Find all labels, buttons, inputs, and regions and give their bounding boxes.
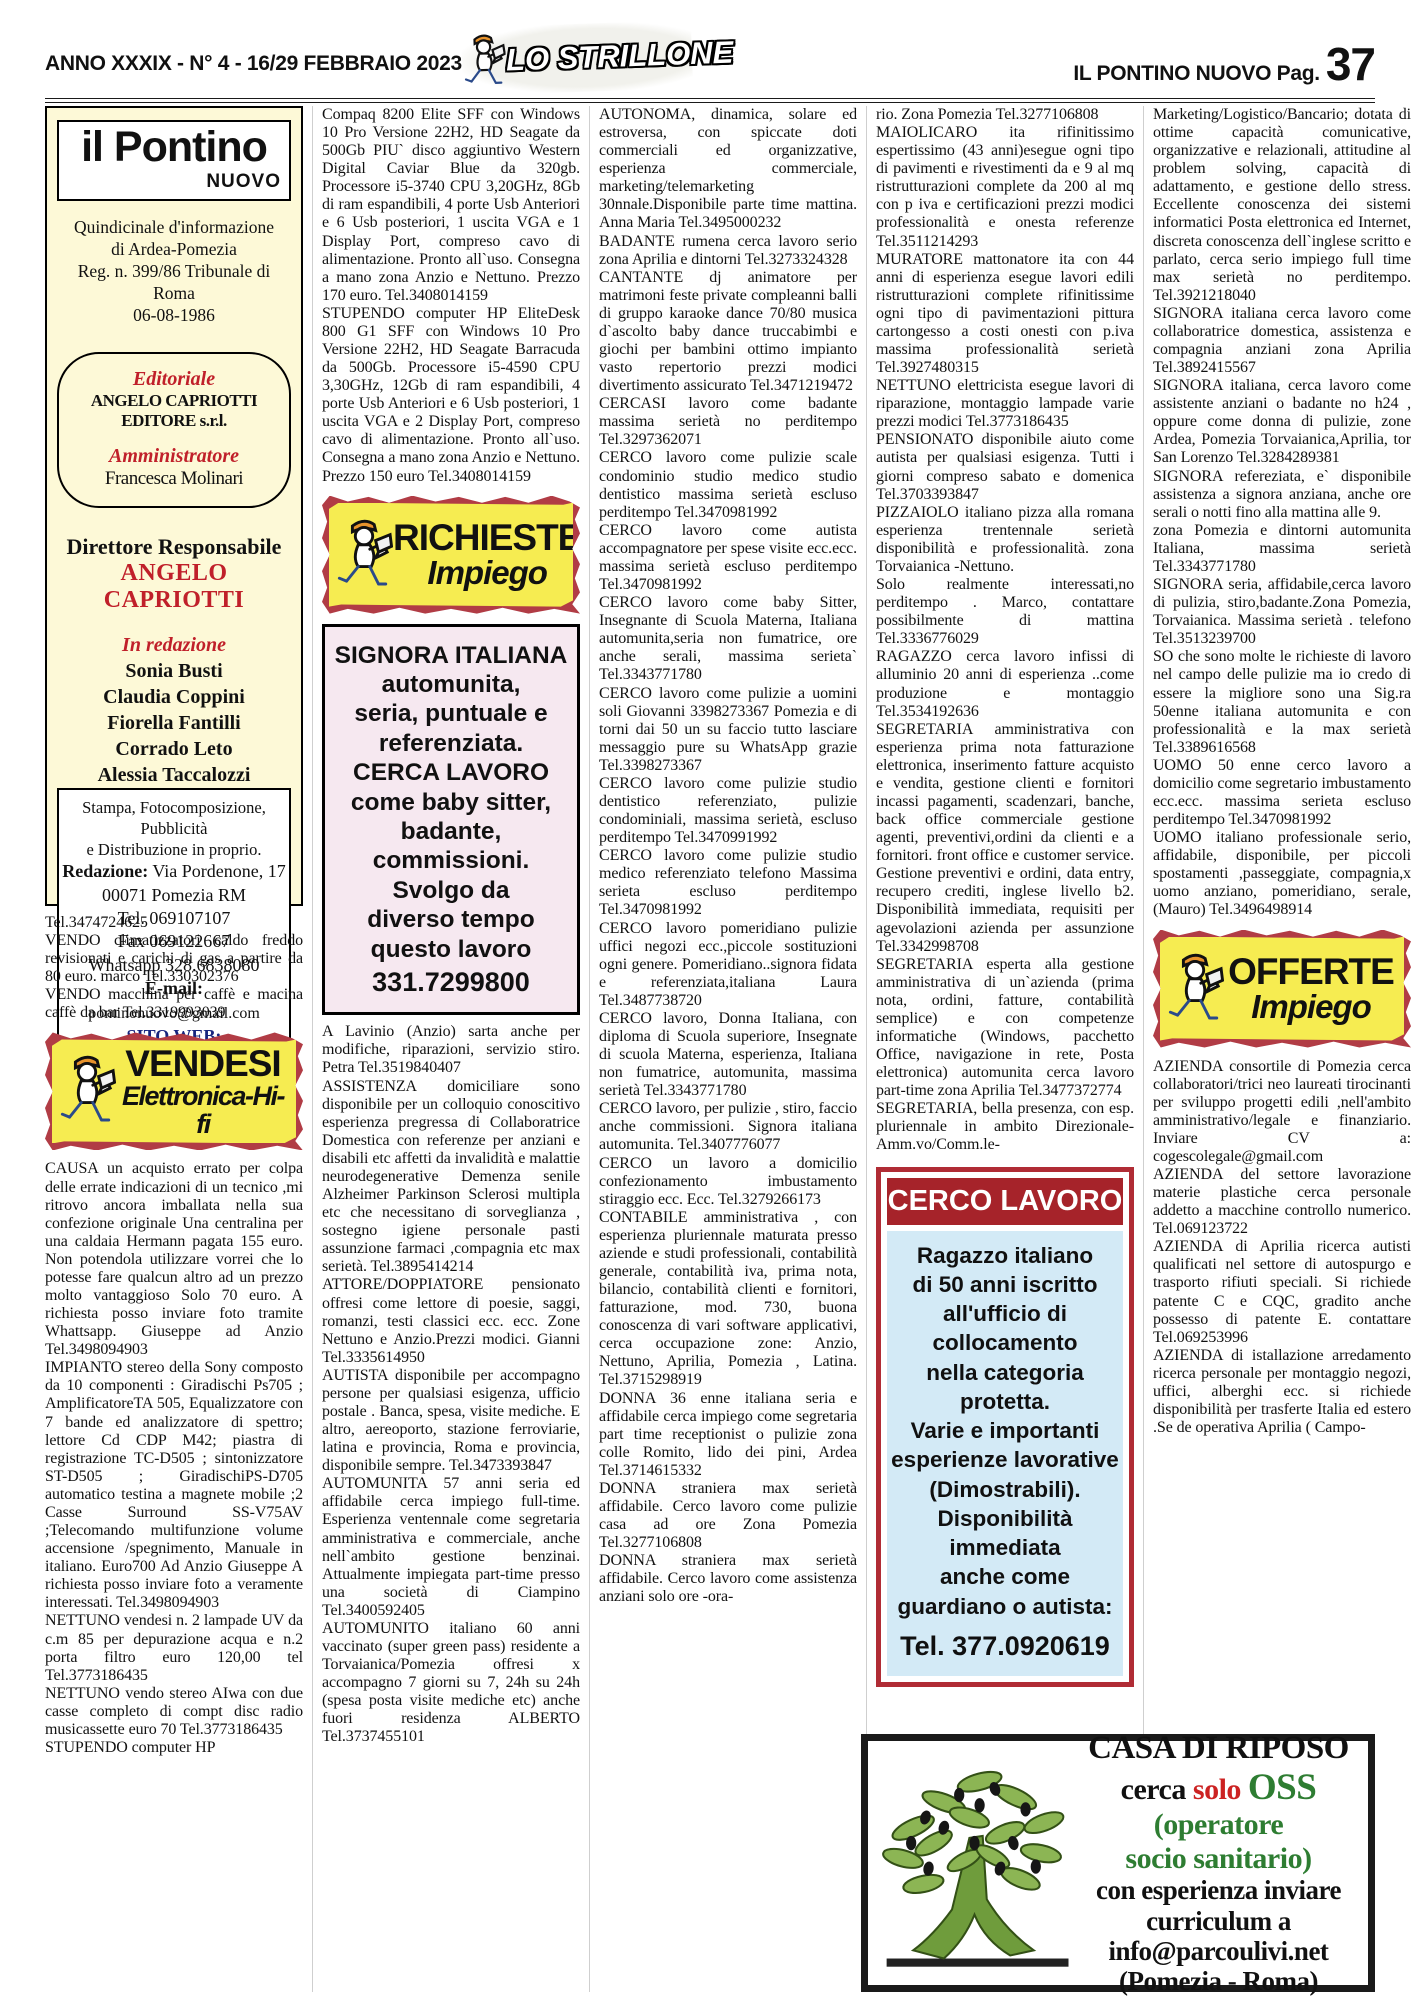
richieste-subtitle: Impiego (393, 556, 580, 591)
classified-ad: SEGRETARIA esperta alla gestione amminis… (876, 956, 1134, 1101)
newspaper-page: ANNO XXXIX - N° 4 - 16/29 FEBBRAIO 2023 … (0, 0, 1420, 2000)
col4-ads: rio. Zona Pomezia Tel.3277106808MAIOLICA… (876, 106, 1134, 1155)
classified-ad: NETTUNO vendesi n. 2 lampade UV da c.m 8… (45, 1612, 303, 1684)
classified-ad: CANTANTE dj animatore per matrimoni fest… (599, 269, 857, 396)
redazione-label: Redazione: (62, 861, 148, 881)
cerco-lavoro-line: esperienze lavorative (889, 1445, 1121, 1474)
redazione-line: Redazione: Via Pordenone, 17 (61, 860, 287, 883)
classified-ad: SIGNORA seria, affidabile,cerca lavoro d… (1153, 576, 1411, 648)
cerco-lavoro-line: anche come (889, 1562, 1121, 1591)
cerco-lavoro-title: CERCO LAVORO (887, 1178, 1123, 1225)
casa-seeking-line: cerca solo OSS (1077, 1767, 1360, 1808)
masthead-info-line: Quindicinale d'informazione (57, 217, 291, 239)
offerte-banner-inner: OFFERTE Impiego (1160, 937, 1404, 1041)
classified-ad: CERCASI lavoro come badante massima seri… (599, 395, 857, 449)
admin-label: Amministratore (63, 445, 285, 468)
classified-ad: UOMO italiano professionale serio, affid… (1153, 829, 1411, 919)
cerco-lavoro-line: di 50 anni iscritto (889, 1270, 1121, 1299)
editorial-label: Editoriale (63, 368, 285, 391)
classified-ad: STUPENDO computer HP EliteDesk 800 G1 SF… (322, 305, 580, 486)
signora-ad-line: diverso tempo (327, 905, 575, 934)
casa-green-line: socio sanitario) (1077, 1842, 1360, 1876)
print-line: Stampa, Fotocomposizione, Pubblicità (61, 798, 287, 839)
offerte-banner-text: OFFERTE Impiego (1224, 953, 1398, 1025)
page-content: il Pontino NUOVO Quindicinale d'informaz… (45, 106, 1375, 1992)
vendesi-banner-inner: VENDESI Elettronica-Hi-fi (52, 1039, 296, 1143)
director-block: Direttore Responsabile ANGELO CAPRIOTTI (57, 534, 291, 614)
cerco-lavoro-body: Ragazzo italianodi 50 anni iscrittoall'u… (887, 1231, 1123, 1676)
classified-ad: AUTISTA disponibile per accompagno perso… (322, 1367, 580, 1475)
masthead-info: Quindicinale d'informazionedi Ardea-Pome… (57, 217, 291, 326)
classified-ad: CERCO lavoro, per pulizie , stiro, facci… (599, 1100, 857, 1154)
classified-ad: A Lavinio (Anzio) sarta anche per modifi… (322, 1023, 580, 1077)
classified-ad: RAGAZZO cerca lavoro infissi di allumini… (876, 648, 1134, 720)
cerco-lavoro-line: Disponibilità immediata (889, 1504, 1121, 1563)
classified-ad: AZIENDA di istallazione arredamento rice… (1153, 1347, 1411, 1437)
classified-ad: CERCO lavoro come baby Sitter, Insegnant… (599, 594, 857, 684)
column-2: Compaq 8200 Elite SFF con Windows 10 Pro… (312, 106, 580, 1992)
classified-ad: SIGNORA italiana cerca lavoro come colla… (1153, 305, 1411, 377)
classified-ad: Solo realmente interessati,no perditempo… (876, 576, 1134, 648)
classified-ad: MAIOLICARO ita rifinitissimo espertissim… (876, 124, 1134, 251)
signora-ad-line: automunita, (327, 670, 575, 699)
signora-italiana-ad-box: SIGNORA ITALIANAautomunita,seria, puntua… (322, 624, 580, 1016)
casa-black-lines: con esperienza inviarecurriculum ainfo@p… (1077, 1875, 1360, 1996)
signora-ad-line: CERCA LAVORO (327, 758, 575, 787)
newsboy-icon (335, 513, 393, 597)
casa-di-riposo-text: CASA DI RIPOSO cerca solo OSS (operatore… (1077, 1730, 1360, 1997)
casa-info-line: info@parcoulivi.net (1077, 1936, 1360, 1966)
casa-title: CASA DI RIPOSO (1077, 1730, 1360, 1767)
signora-ad-lines: SIGNORA ITALIANAautomunita,seria, puntua… (327, 641, 575, 964)
classified-ad: AZIENDA consortile di Pomezia cerca coll… (1153, 1058, 1411, 1166)
classified-ad: CERCO lavoro pomeridiano pulizie uffici … (599, 920, 857, 1010)
cerco-lavoro-phone[interactable]: Tel. 377.0920619 (889, 1629, 1121, 1664)
signora-ad-line: Svolgo da (327, 876, 575, 905)
col2-ads-top: Compaq 8200 Elite SFF con Windows 10 Pro… (322, 106, 580, 486)
column-4: rio. Zona Pomezia Tel.3277106808MAIOLICA… (866, 106, 1134, 1992)
classified-ad: AZIENDA del settore lavorazione materie … (1153, 1166, 1411, 1238)
casa-info-line: (Pomezia - Roma) (1077, 1966, 1360, 1996)
newsboy-icon (58, 1049, 116, 1133)
signora-ad-line: SIGNORA ITALIANA (327, 641, 575, 670)
signora-ad-line: referenziata. (327, 729, 575, 758)
classified-ad: CERCO un lavoro a domicilio confezioname… (599, 1155, 857, 1209)
casa-oss: OSS (1248, 1767, 1316, 1808)
classified-ad: SIGNORA refereziata, e` disponibile assi… (1153, 468, 1411, 522)
classified-ad: BADANTE rumena cerca lavoro serio zona A… (599, 233, 857, 269)
print-lines: Stampa, Fotocomposizione, Pubblicitàe Di… (61, 798, 287, 860)
col1-ads-bottom: CAUSA un acquisto errato per colpa delle… (45, 1160, 303, 1757)
classified-ad: ASSISTENZA domiciliare sono disponibile … (322, 1078, 580, 1277)
column-1: il Pontino NUOVO Quindicinale d'informaz… (45, 106, 303, 1992)
classified-ad: Compaq 8200 Elite SFF con Windows 10 Pro… (322, 106, 580, 305)
richieste-title: RICHIESTE (393, 519, 580, 556)
editorial-name: ANGELO CAPRIOTTI EDITORE s.r.l. (63, 391, 285, 431)
column-5: Marketing/Logistico/Bancario; dotata di … (1143, 106, 1411, 1992)
redaction-block: In redazione Sonia BustiClaudia CoppiniF… (57, 632, 291, 788)
classified-ad: Marketing/Logistico/Bancario; dotata di … (1153, 106, 1411, 305)
newsboy-icon (1166, 947, 1224, 1031)
offerte-title: OFFERTE (1224, 953, 1398, 990)
admin-name: Francesca Molinari (63, 468, 285, 490)
classified-ad: CERCO lavoro come pulizie studio medico … (599, 847, 857, 919)
classified-ad: CERCO lavoro come autista accompagnatore… (599, 522, 857, 594)
classified-ad: SEGRETARIA, bella presenza, con esp. plu… (876, 1100, 1134, 1154)
classified-ad: ATTORE/DOPPIATORE pensionato offresi com… (322, 1276, 580, 1366)
classified-ad: zona Pomezia e dintorni automunita Itali… (1153, 522, 1411, 576)
vendesi-title: VENDESI (116, 1045, 290, 1082)
casa-solo: solo (1193, 1773, 1248, 1806)
signora-ad-line: come baby sitter, (327, 788, 575, 817)
classified-ad: PENSIONATO disponibile aiuto come autist… (876, 431, 1134, 503)
redaction-name: Sonia Busti (57, 658, 291, 684)
cerco-lavoro-line: all'ufficio di collocamento (889, 1299, 1121, 1358)
masthead-logo-box: il Pontino NUOVO (57, 120, 291, 201)
cerco-lavoro-lines: Ragazzo italianodi 50 anni iscrittoall'u… (889, 1241, 1121, 1621)
classified-ad: IMPIANTO stereo della Sony composto da 1… (45, 1359, 303, 1612)
cerco-lavoro-line: (Dimostrabili). (889, 1475, 1121, 1504)
classified-ad: CERCO lavoro, Donna Italiana, con diplom… (599, 1010, 857, 1100)
classified-ad: STUPENDO computer HP (45, 1739, 303, 1757)
classified-ad: CONTABILE amministrativa , con esperienz… (599, 1209, 857, 1390)
classified-ad: NETTUNO elettricista esegue lavori di ri… (876, 377, 1134, 431)
casa-info-line: curriculum a (1077, 1906, 1360, 1936)
newsboy-icon (461, 29, 507, 92)
cerco-lavoro-line: Varie e importanti (889, 1416, 1121, 1445)
signora-ad-line: seria, puntuale e (327, 699, 575, 728)
header-rule (45, 98, 1375, 103)
redaction-name: Claudia Coppini (57, 684, 291, 710)
redazione-value: Via Pordenone, 17 (148, 861, 286, 881)
classified-ad: DONNA 36 enne italiana seria e affidabil… (599, 1390, 857, 1480)
classified-ad: DONNA straniera max serietà affidabile. … (599, 1480, 857, 1552)
offerte-impiego-banner: OFFERTE Impiego (1153, 930, 1411, 1048)
classified-ad: NETTUNO vendo stereo AIwa con due casse … (45, 1685, 303, 1739)
col5-ads-top: Marketing/Logistico/Bancario; dotata di … (1153, 106, 1411, 920)
col3-ads: AUTONOMA, dinamica, solare ed estroversa… (599, 106, 857, 1606)
redaction-names: Sonia BustiClaudia CoppiniFiorella Fanti… (57, 658, 291, 788)
classified-ad: AZIENDA di Aprilia ricerca autisti quali… (1153, 1238, 1411, 1346)
casa-info-line: con esperienza inviare (1077, 1875, 1360, 1905)
classified-ad: AUTOMUNITO italiano 60 anni vaccinato (s… (322, 1620, 580, 1747)
signora-ad-line: questo lavoro (327, 935, 575, 964)
paper-name-block: IL PONTINO NUOVO Pag. 37 (1073, 41, 1375, 87)
masthead-subtitle: NUOVO (67, 171, 281, 193)
classified-ad: CERCO lavoro come pulizie scale condomin… (599, 449, 857, 521)
issue-info: ANNO XXXIX - N° 4 - 16/29 FEBBRAIO 2023 (45, 52, 462, 76)
richieste-banner-text: RICHIESTE Impiego (393, 519, 580, 591)
vendesi-banner: VENDESI Elettronica-Hi-fi (45, 1032, 303, 1150)
column-3: AUTONOMA, dinamica, solare ed estroversa… (589, 106, 857, 1992)
redaction-name: Alessia Taccalozzi (57, 762, 291, 788)
classified-ad: rio. Zona Pomezia Tel.3277106808 (876, 106, 1134, 124)
cerco-lavoro-line: nella categoria protetta. (889, 1358, 1121, 1417)
classified-ad: SEGRETARIA amministrativa con esperienza… (876, 721, 1134, 956)
col2-ads-bottom: A Lavinio (Anzio) sarta anche per modifi… (322, 1023, 580, 1746)
masthead-box: il Pontino NUOVO Quindicinale d'informaz… (45, 106, 303, 906)
page-number: 37 (1326, 41, 1375, 87)
redaction-name: Corrado Leto (57, 736, 291, 762)
casa-cerca: cerca (1121, 1773, 1193, 1806)
masthead-info-line: 06-08-1986 (57, 305, 291, 327)
classified-ad: DONNA straniera max serietà affidabile. … (599, 1552, 857, 1606)
masthead-info-line: Reg. n. 399/86 Tribunale di Roma (57, 261, 291, 305)
director-name: ANGELO CAPRIOTTI (57, 560, 291, 614)
signora-ad-line: badante, (327, 817, 575, 846)
classified-ad: SO che sono molte le richieste di lavoro… (1153, 648, 1411, 756)
director-label: Direttore Responsabile (57, 534, 291, 560)
redaction-label: In redazione (57, 632, 291, 658)
editorial-box: Editoriale ANGELO CAPRIOTTI EDITORE s.r.… (57, 352, 291, 508)
print-line: e Distribuzione in proprio. (61, 840, 287, 861)
richieste-impiego-banner: RICHIESTE Impiego (322, 496, 580, 614)
lo-strillone-logo: LO STRILLONE (461, 20, 693, 96)
classified-ad: MURATORE mattonatore ita con 44 anni di … (876, 251, 1134, 378)
signora-ad-line: commissioni. (327, 846, 575, 875)
casa-di-riposo-ad-box: CASA DI RIPOSO cerca solo OSS (operatore… (861, 1734, 1375, 1992)
paper-name: IL PONTINO NUOVO Pag. (1073, 62, 1320, 86)
vendesi-banner-text: VENDESI Elettronica-Hi-fi (116, 1045, 290, 1139)
vendesi-subtitle: Elettronica-Hi-fi (116, 1082, 290, 1139)
classified-ad: AUTONOMA, dinamica, solare ed estroversa… (599, 106, 857, 233)
olive-tree-icon (872, 1746, 1077, 1981)
casa-green-line: (operatore (1077, 1808, 1360, 1842)
classified-ad: CAUSA un acquisto errato per colpa delle… (45, 1160, 303, 1359)
masthead-title: il Pontino (67, 126, 281, 169)
classified-ad: AUTOMUNITA 57 anni seria ed affidabile c… (322, 1475, 580, 1620)
cerco-lavoro-box: CERCO LAVORO Ragazzo italianodi 50 anni … (876, 1167, 1134, 1687)
cerco-lavoro-line: guardiano o autista: (889, 1592, 1121, 1621)
cerco-lavoro-line: Ragazzo italiano (889, 1241, 1121, 1270)
casa-green-lines: (operatoresocio sanitario) (1077, 1808, 1360, 1875)
col5-ads-bottom: AZIENDA consortile di Pomezia cerca coll… (1153, 1058, 1411, 1438)
classified-ad: UOMO 50 enne cerco lavoro a domicilio co… (1153, 757, 1411, 829)
classified-ad: PIZZAIOLO italiano pizza alla romana esp… (876, 504, 1134, 576)
masthead-info-line: di Ardea-Pomezia (57, 239, 291, 261)
classified-ad: CERCO lavoro come pulizie studio dentist… (599, 775, 857, 847)
classified-ad: CERCO lavoro come pulizie a uomini soli … (599, 685, 857, 775)
address-line: 00071 Pomezia RM (61, 884, 287, 907)
classified-ad: SIGNORA italiana, cerca lavoro come assi… (1153, 377, 1411, 467)
signora-ad-phone[interactable]: 331.7299800 (327, 966, 575, 998)
redaction-name: Fiorella Fantilli (57, 710, 291, 736)
richieste-banner-inner: RICHIESTE Impiego (329, 503, 573, 607)
offerte-subtitle: Impiego (1224, 990, 1398, 1025)
